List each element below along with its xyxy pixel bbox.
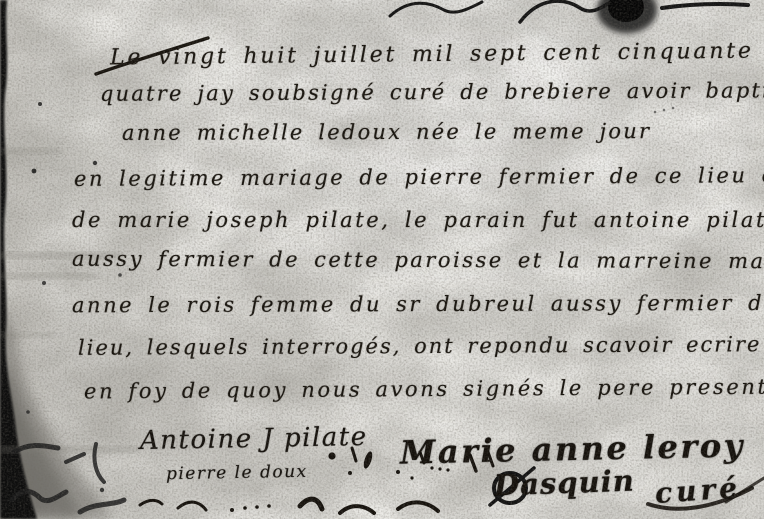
signature-pierre-ledoux: pierre le doux	[166, 462, 308, 484]
previous-entry-flourish	[390, 0, 748, 22]
record-line-3: anne michelle ledoux née le meme jour	[122, 119, 651, 145]
record-line-6: aussy fermier de cette paroisse et la ma…	[72, 247, 764, 274]
record-line-7: anne le rois femme du sr dubreul aussy f…	[72, 291, 764, 318]
record-line-4: en legitime mariage de pierre fermier de…	[74, 163, 764, 191]
signature-cure-title: curé	[654, 471, 742, 510]
left-margin-mottle	[0, 0, 80, 519]
record-line-2: quatre jay soubsigné curé de brebiere av…	[100, 78, 764, 106]
damp-stain-core	[0, 360, 84, 519]
bleed-through-strokes	[12, 444, 124, 512]
record-line-5: de marie joseph pilate, le parain fut an…	[72, 208, 764, 232]
signature-dasquin: Dasquin	[493, 464, 635, 503]
record-line-8: lieu, lesquels interrogés, ont repondu s…	[78, 332, 762, 360]
manuscript-scan: Le vingt huit juillet mil sept cent cinq…	[0, 0, 764, 519]
signature-antoine-pilate: Antoine J pilate	[140, 422, 368, 456]
ink-blot	[597, 0, 657, 33]
binding-edge	[0, 0, 37, 519]
record-line-1: Le vingt huit juillet mil sept cent cinq…	[110, 39, 754, 71]
record-line-9: en foy de quoy nous avons signés le pere…	[84, 375, 764, 404]
next-entry-cutoff-strokes	[140, 499, 438, 513]
